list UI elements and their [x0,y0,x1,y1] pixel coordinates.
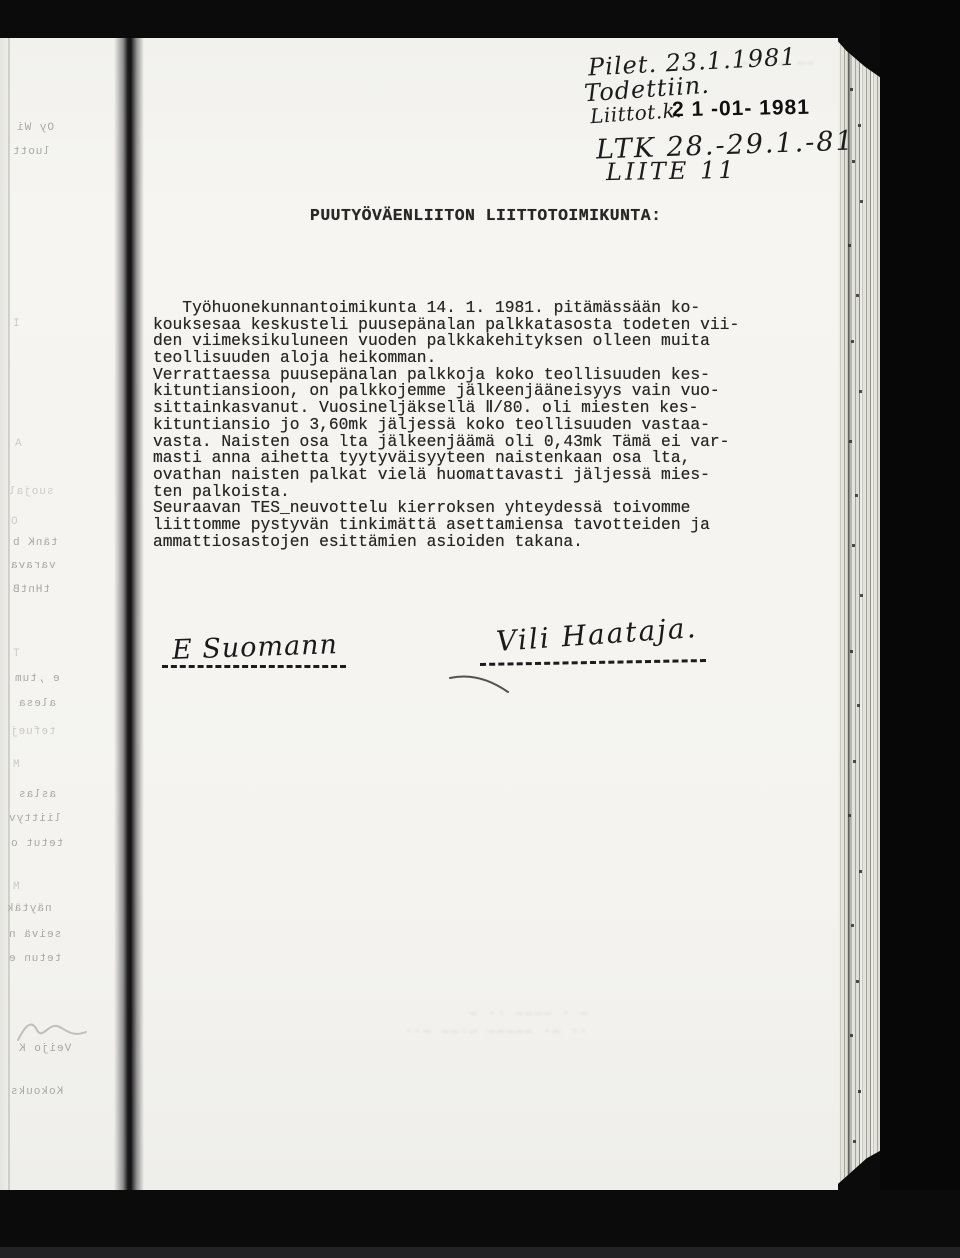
bleedthrough-fragment: e ,tum [14,673,60,685]
faint-smudge: – ·· –––– · – [470,1006,590,1020]
signature-left: E Suomann [172,629,339,666]
scanned-document-photo: Pilet. 23.1.1981 Todettiin. Liittot.k. 2… [0,0,960,1258]
faint-smudge: –· ·– –– [742,56,816,70]
bleedthrough-fragment: luott [12,146,50,158]
scan-border-right [880,0,960,1258]
bleedthrough-fragment: A [14,438,22,450]
bleedthrough-fragment: tefuej [10,726,56,738]
document-title: PUUTYÖVÄENLIITON LIITTOTOIMIKUNTA: [310,206,661,225]
bleedthrough-fragment: I [12,318,20,330]
pen-stroke-mark [444,668,514,696]
bleedthrough-handwriting-squiggle [12,1012,96,1052]
bleedthrough-fragment: Kokouks [10,1086,63,1098]
page-stack-fore-edge [838,38,882,1190]
bleedthrough-fragment: tetut o [10,838,63,850]
bleedthrough-fragment: liittyv [8,813,61,825]
book-spine-shadow [114,38,144,1190]
bleedthrough-fragment: näytäk [6,903,52,915]
bleedthrough-fragment: M [12,881,20,893]
scan-border-top [0,0,960,38]
bleedthrough-fragment: tHntB [12,584,50,596]
bleedthrough-fragment: alesa [18,698,56,710]
bleedthrough-fragment: seivä n [8,929,61,941]
body-text-line: ammattiosastojen esittämien asioiden tak… [153,534,793,551]
body-text-line: kituntiansio jo 3,60mk jäljessä koko teo… [153,417,793,434]
bleedthrough-fragment: O [10,516,18,528]
bleedthrough-fragment: tetun e [8,953,61,965]
faint-smudge: ··– ––·– ––––– ·– ·· [405,1024,590,1038]
signature-line-left [162,665,346,668]
page-edge-line [8,38,10,1190]
scan-border-bottom-strip [0,1247,960,1258]
meeting-minutes-text: Työhuonekunnantoimikunta 14. 1. 1981. pi… [153,300,793,550]
bleedthrough-fragment: T [12,648,20,660]
bleedthrough-fragment: Oy Wi [16,122,54,134]
bleedthrough-fragment: tänK b [12,537,58,549]
bleedthrough-fragment: varava [10,560,56,572]
handwritten-note-appendix: LIITE 11 [606,156,737,186]
bleedthrough-fragment: suojal [8,486,54,498]
bleedthrough-fragment: aslas [18,789,56,801]
date-stamp: 2 1 -01- 1981 [672,96,810,122]
bleedthrough-fragment: M [12,759,20,771]
